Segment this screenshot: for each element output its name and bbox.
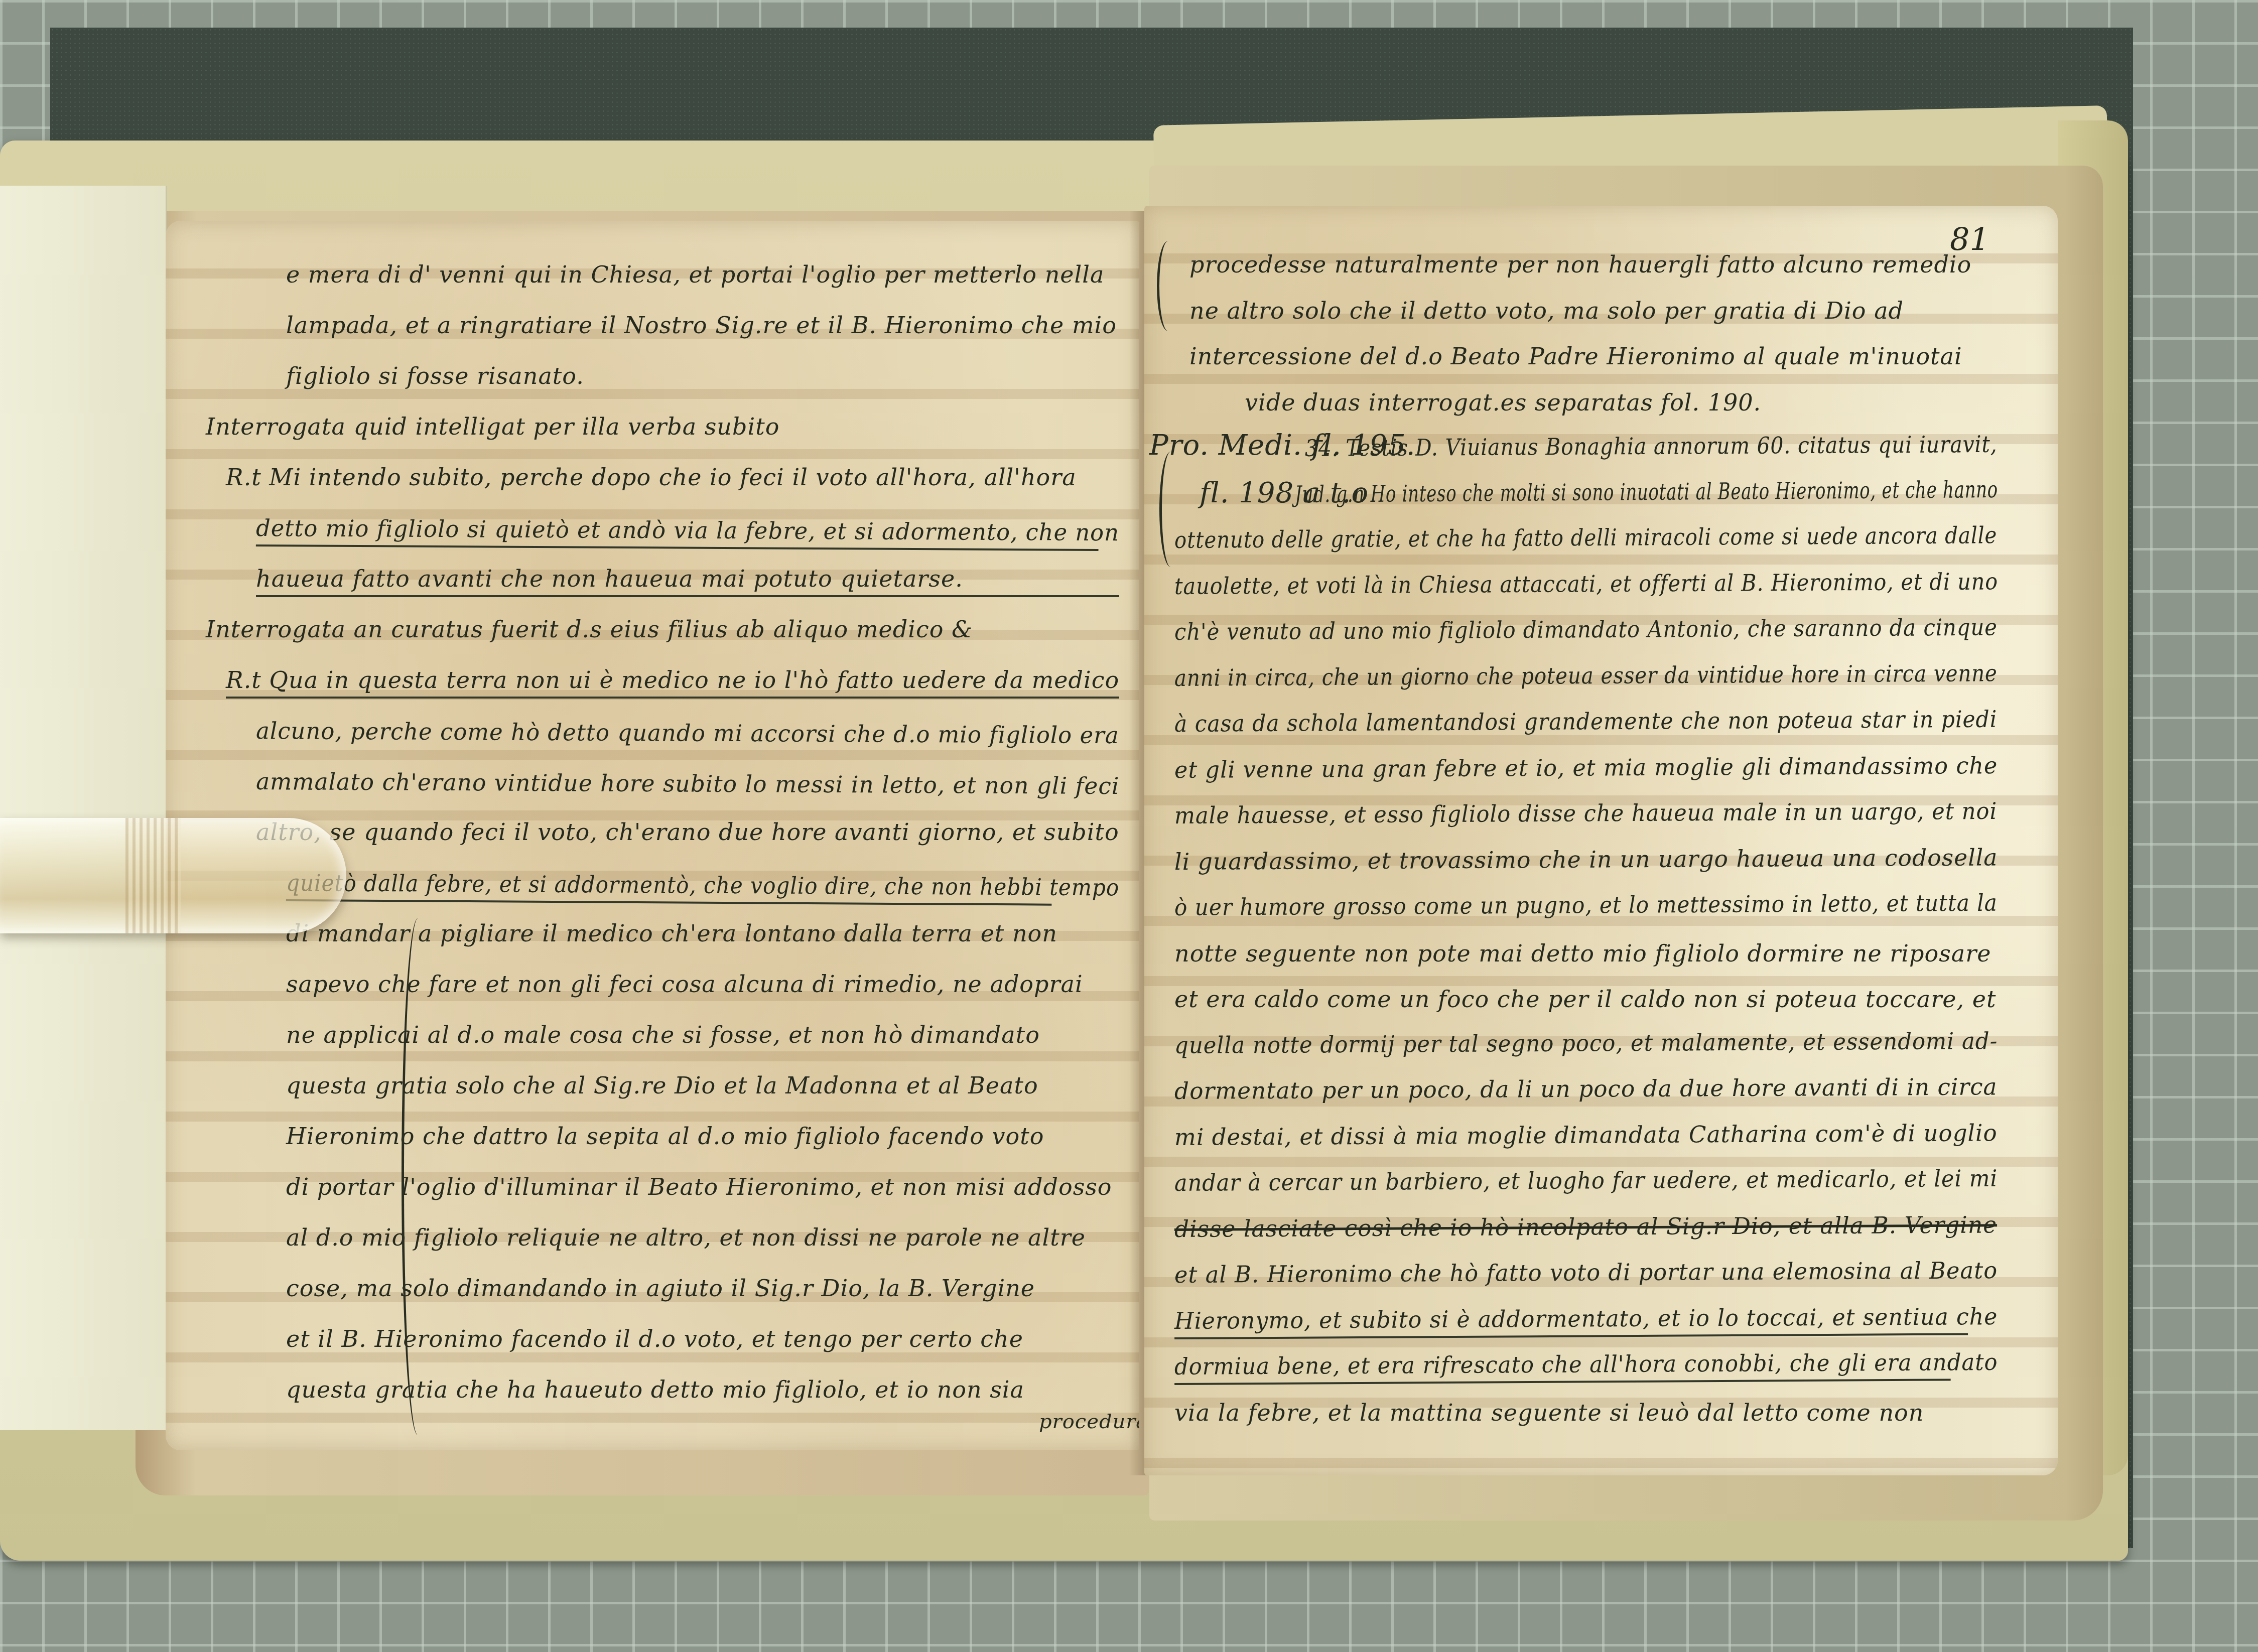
manuscript-line: quella notte dormij per tal segno poco, … — [1174, 1027, 1953, 1059]
manuscript-line: mi destai, et dissi à mia moglie dimanda… — [1174, 1119, 1983, 1151]
manuscript-line: Interrogata quid intelligat per illa ver… — [206, 413, 1119, 440]
margin-bracket — [1159, 452, 1182, 567]
manuscript-line: à casa da schola lamentandosi grandement… — [1174, 706, 1935, 737]
manuscript-line: R.t Qua in questa terra non ui è medico … — [226, 666, 1119, 699]
manuscript-line: altro, se quando feci il voto, ch'erano … — [256, 818, 1119, 846]
manuscript-line: li guardassimo, et trovassimo che in un … — [1174, 844, 1991, 875]
manuscript-line: e mera di d' venni qui in Chiesa, et por… — [286, 261, 1119, 288]
manuscript-line: detto mio figliolo si quietò et andò via… — [256, 514, 1099, 551]
interleaf-tissue — [0, 186, 167, 1430]
margin-note-reference-2: fl. 198 a t.o — [1200, 477, 1369, 509]
margin-bracket — [402, 918, 434, 1435]
manuscript-line: procedesse naturalmente per non hauergli… — [1189, 251, 1998, 278]
right-folio: 81 procedesse naturalmente per non hauer… — [1144, 206, 2058, 1475]
manuscript-line: andar à cercar un barbiero, et luogho fa… — [1174, 1165, 1945, 1196]
manuscript-line: Hieronymo, et subito si è addormentato, … — [1174, 1303, 1968, 1339]
margin-note-reference-1: Pro. Medi. fl. 195. — [1149, 429, 1416, 462]
manuscript-line: haueua fatto avanti che non haueua mai p… — [256, 565, 1119, 597]
manuscript-line: Interrogata an curatus fuerit d.s eius f… — [206, 616, 1119, 643]
manuscript-line: et gli venne una gran febre et io, et mi… — [1174, 752, 1974, 783]
manuscript-line: et al B. Hieronimo che hò fatto voto di … — [1174, 1257, 1977, 1288]
manuscript-line: et era caldo come un foco che per il cal… — [1174, 986, 1998, 1013]
manuscript-line: intercessione del d.o Beato Padre Hieron… — [1189, 343, 1998, 370]
glass-page-weight[interactable] — [0, 818, 346, 933]
manuscript-line: ch'è venuto ad uno mio figliolo dimandat… — [1174, 614, 1923, 645]
manuscript-line: vide duas interrogat.es separatas fol. 1… — [1245, 389, 1998, 416]
margin-bracket — [1157, 241, 1179, 331]
manuscript-line: notte seguente non pote mai detto mio fi… — [1174, 940, 1998, 967]
manuscript-line: ottenuto delle gratie, et che ha fatto d… — [1174, 522, 1897, 554]
manuscript-line: lampada, et a ringratiare il Nostro Sig.… — [286, 312, 1119, 339]
manuscript-line: male hauesse, et esso figliolo disse che… — [1174, 797, 1948, 829]
manuscript-line: disse lasciate così che io hò incolpato … — [1174, 1211, 1989, 1243]
manuscript-line: quietò dalla febre, et si addormentò, ch… — [286, 869, 1052, 906]
manuscript-line: tauolette, et voti là in Chiesa attaccat… — [1174, 568, 1915, 600]
glass-weight-reflection — [125, 818, 181, 933]
catchword: procedura — [1039, 1410, 1139, 1433]
manuscript-line: figliolo si fosse risanato. — [286, 362, 1119, 389]
manuscript-line: dormentato per un poco, da li un poco da… — [1174, 1073, 1987, 1105]
manuscript-line: ammalato ch'erano vintidue hore subito l… — [256, 768, 1111, 799]
manuscript-line: dormiua bene, et era rifrescato che all'… — [1174, 1348, 1951, 1385]
manuscript-line: alcuno, perche come hò detto quando mi a… — [256, 717, 1101, 749]
manuscript-line: via la febre, et la mattina seguente si … — [1174, 1399, 1998, 1426]
manuscript-line: R.t Mi intendo subito, perche dopo che i… — [226, 464, 1119, 491]
manuscript-line: ne altro solo che il detto voto, ma solo… — [1189, 297, 1998, 324]
manuscript-line: ò uer humore grosso come un pugno, et lo… — [1174, 889, 1931, 921]
manuscript-line: Jud. g.n Ho inteso che molti si sono inu… — [1295, 477, 1813, 507]
manuscript-line: anni in circa, che un giorno che poteua … — [1174, 660, 1897, 692]
